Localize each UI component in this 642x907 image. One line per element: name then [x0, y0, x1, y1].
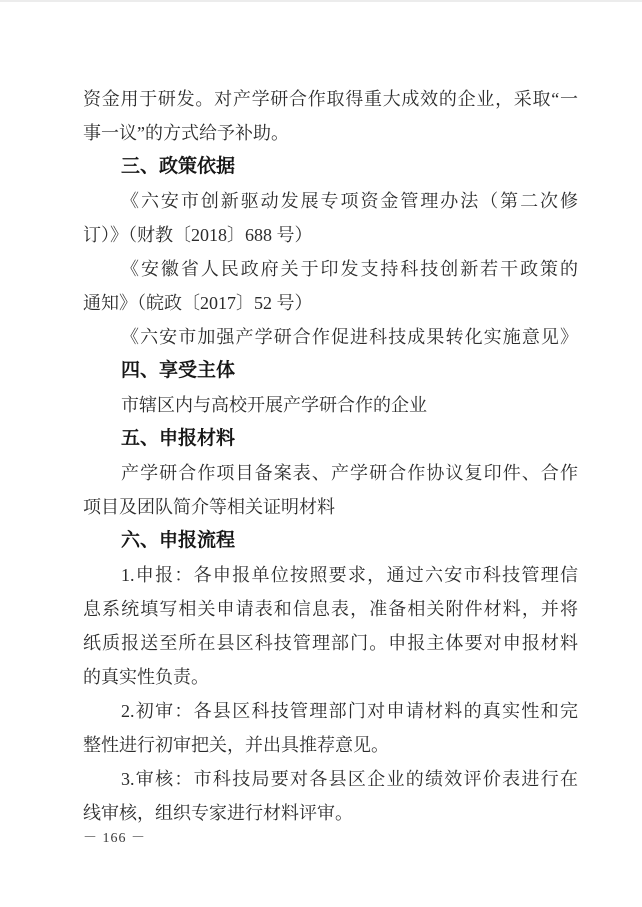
text-line: 产学研合作项目备案表、产学研合作协议复印件、合作 [83, 456, 578, 490]
text-line: 项目及团队简介等相关证明材料 [83, 490, 578, 524]
text-line: 资金用于研发。对产学研合作取得重大成效的企业，采取“一 [83, 82, 578, 116]
page-number: － 166 － [83, 829, 146, 849]
text-line: 《六安市加强产学研合作促进科技成果转化实施意见》 [83, 320, 578, 354]
document-page: 资金用于研发。对产学研合作取得重大成效的企业，采取“一 事一议”的方式给予补助。… [0, 0, 642, 907]
section-heading: 四、享受主体 [83, 354, 578, 388]
document-body: 资金用于研发。对产学研合作取得重大成效的企业，采取“一 事一议”的方式给予补助。… [83, 82, 578, 830]
text-line: 事一议”的方式给予补助。 [83, 116, 578, 150]
text-line: 市辖区内与高校开展产学研合作的企业 [83, 388, 578, 422]
text-line: 整性进行初审把关，并出具推荐意见。 [83, 728, 578, 762]
text-line: 3.审核：市科技局要对各县区企业的绩效评价表进行在 [83, 762, 578, 796]
text-line: 《六安市创新驱动发展专项资金管理办法（第二次修 [83, 184, 578, 218]
text-line: 线审核，组织专家进行材料评审。 [83, 796, 578, 830]
text-line: 的真实性负责。 [83, 660, 578, 694]
text-line: 2.初审：各县区科技管理部门对申请材料的真实性和完 [83, 694, 578, 728]
text-line: 息系统填写相关申请表和信息表，准备相关附件材料，并将 [83, 592, 578, 626]
text-line: 订）》（财教〔2018〕688 号） [83, 218, 578, 252]
text-line: 通知》（皖政〔2017〕52 号） [83, 286, 578, 320]
section-heading: 三、政策依据 [83, 150, 578, 184]
section-heading: 六、申报流程 [83, 524, 578, 558]
text-line: 纸质报送至所在县区科技管理部门。申报主体要对申报材料 [83, 626, 578, 660]
text-line: 《安徽省人民政府关于印发支持科技创新若干政策的 [83, 252, 578, 286]
text-line: 1.申报：各申报单位按照要求，通过六安市科技管理信 [83, 558, 578, 592]
section-heading: 五、申报材料 [83, 422, 578, 456]
